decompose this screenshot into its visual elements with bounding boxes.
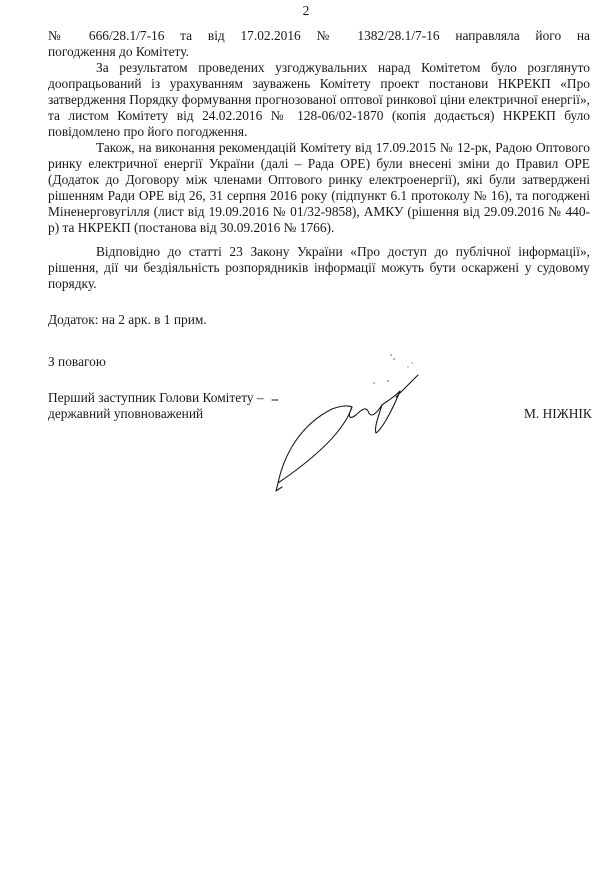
signer-name: М. НІЖНІК: [524, 406, 592, 422]
paragraph-continuation-rest: погодження до Комітету.: [48, 44, 590, 60]
closing-salutation: З повагою: [48, 354, 106, 370]
paragraph-appeal-rights: Відповідно до статті 23 Закону України «…: [48, 244, 590, 292]
letter-body: № 666/28.1/7-16 та від 17.02.2016 № 1382…: [48, 28, 590, 236]
signer-position-line2: державний уповноважений: [48, 406, 203, 422]
handwritten-signature-icon: [270, 345, 420, 495]
signer-position-line1: Перший заступник Голови Комітету –: [48, 390, 264, 406]
paragraph-review-result: За результатом проведених узгоджувальних…: [48, 60, 590, 140]
attachment-note: Додаток: на 2 арк. в 1 прим.: [48, 312, 207, 328]
paragraph-continuation-first-line: № 666/28.1/7-16 та від 17.02.2016 № 1382…: [48, 28, 590, 44]
appeal-section: Відповідно до статті 23 Закону України «…: [48, 244, 590, 292]
paragraph-ore-changes: Також, на виконання рекомендацій Комітет…: [48, 140, 590, 236]
document-page: 2 № 666/28.1/7-16 та від 17.02.2016 № 13…: [0, 0, 612, 895]
page-number: 2: [0, 3, 612, 19]
